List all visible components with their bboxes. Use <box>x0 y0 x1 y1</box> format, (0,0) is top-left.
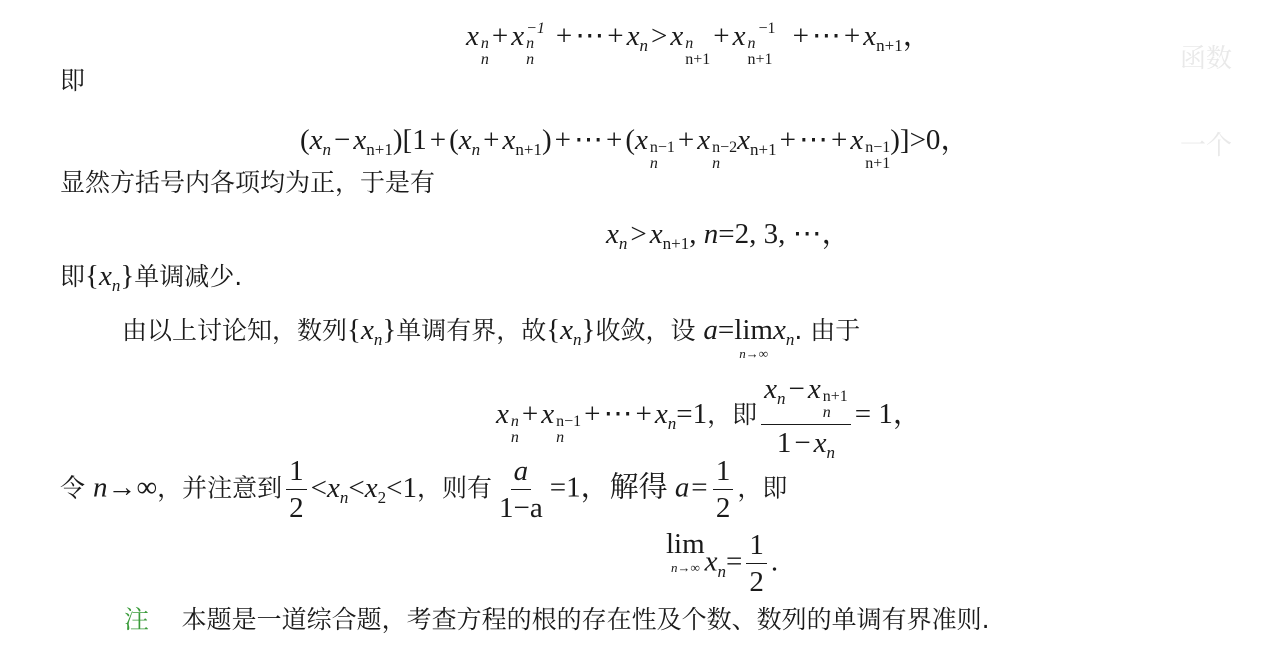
equation-3: xn>xn+1, n=2, 3, ⋯， <box>606 220 851 249</box>
note-text: 本题是一道综合题，考查方程的根的存在性及个数、数列的单调有界准则. <box>182 605 990 634</box>
equation-5: limn→∞xn=12. <box>666 530 778 598</box>
bleed-through-text: 一个 <box>1180 125 1232 162</box>
ji-label-1: 即 <box>60 68 85 93</box>
paragraph-1: 显然方括号内各项均为正，于是有 <box>60 170 435 195</box>
equation-2: (xn−xn+1)[1+(xn+xn+1)+⋯+(xn−1n+xn−2nxn+1… <box>300 126 969 172</box>
paragraph-2: 即{xn}单调减少. <box>60 262 242 291</box>
note: 注 本题是一道综合题，考查方程的根的存在性及个数、数列的单调有界准则. <box>124 606 990 633</box>
paragraph-3: 由以上讨论知，数列{xn}单调有界，故{xn}收敛，设 a=limn→∞xn. … <box>122 316 860 360</box>
bleed-through-text: 函数 <box>1180 38 1232 75</box>
equation-4: xnn+xn−1n+⋯+xn=1，即xn−xn+1n1−xn= 1， <box>496 374 922 459</box>
paragraph-4: 令 n→∞，并注意到12<xn<x2<1，则有a1−a=1，解得 a=12，即 <box>60 456 787 524</box>
equation-1: xnn+xnn−1+⋯+xn>xnn+1+xnn+1−1+⋯+xn+1， <box>466 22 932 68</box>
note-label: 注 <box>124 605 149 634</box>
